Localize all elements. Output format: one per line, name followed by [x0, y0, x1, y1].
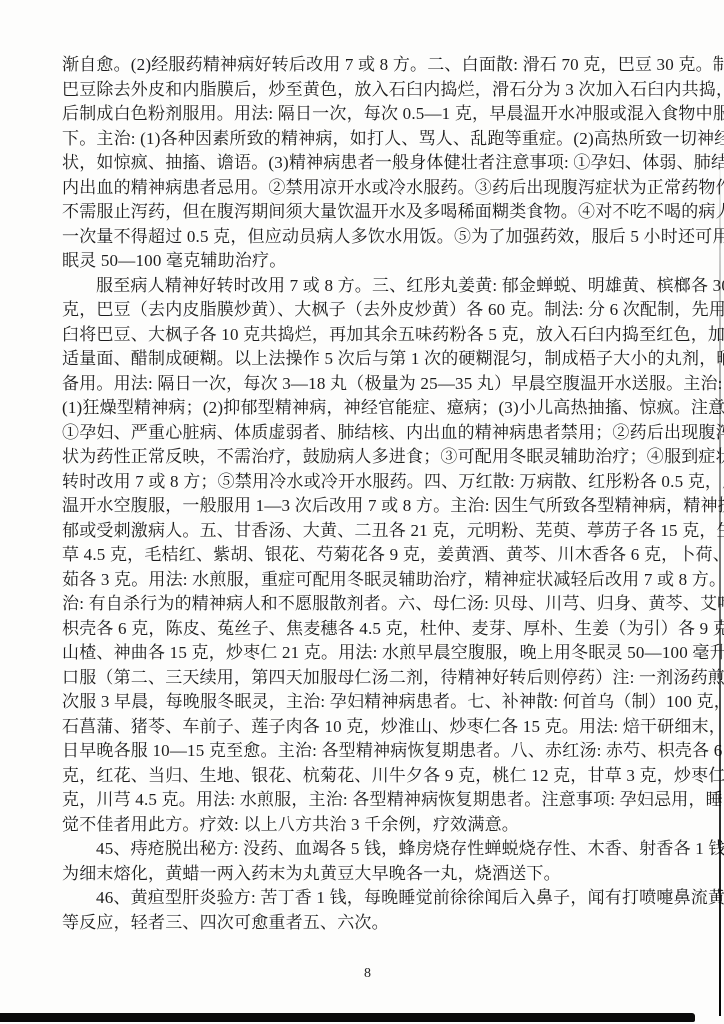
- text-line: 治: 有自杀行为的精神病人和不愿服散剂者。六、母仁汤: 贝母、川芎、归身、黄芩、…: [62, 592, 673, 617]
- text-line: 山楂、神曲各 15 克，炒枣仁 21 克。用法: 水煎早晨空腹服，晚上用冬眠灵 …: [62, 641, 673, 666]
- text-block: 渐自愈。(2)经服药精神病好转后改用 7 或 8 方。二、白面散: 滑石 70 …: [62, 53, 673, 935]
- text-line: 转时改用 7 或 8 方；⑤禁用冷水或冷开水服药。四、万红散: 万病散、红彤粉各…: [62, 470, 673, 495]
- text-line: 等反应，轻者三、四次可愈重者五、六次。: [62, 911, 673, 936]
- text-line: 一次量不得超过 0.5 克，但应动员病人多饮水用饭。⑤为了加强药效，服后 5 小…: [62, 225, 673, 250]
- text-line: 服至病人精神好转时改用 7 或 8 方。三、红彤丸姜黄: 郁金蝉蜕、明雄黄、槟榔…: [62, 274, 673, 299]
- text-line: 温开水空腹服，一般服用 1—3 次后改用 7 或 8 方。主治: 因生气所致各型…: [62, 494, 673, 519]
- text-line: 臼将巴豆、大枫子各 10 克共捣烂，再加其余五味药粉各 5 克，放入石臼内捣至红…: [62, 323, 673, 348]
- text-line: 郁或受刺激病人。五、甘香汤、大黄、二丑各 21 克，元明粉、芜萸、葶苈子各 15…: [62, 519, 673, 544]
- text-line: (1)狂燥型精神病；(2)抑郁型精神病，神经官能症、癔病；(3)小儿高热抽搐、惊…: [62, 396, 673, 421]
- text-line: 渐自愈。(2)经服药精神病好转后改用 7 或 8 方。二、白面散: 滑石 70 …: [62, 53, 673, 78]
- text-line: ①孕妇、严重心脏病、体质虚弱者、肺结核、内出血的精神病患者禁用；②药后出现腹泻症: [62, 421, 673, 446]
- text-line: 内出血的精神病患者忌用。②禁用凉开水或冷水服药。③药后出现腹泻症状为正常药物作用…: [62, 176, 673, 201]
- text-line: 眠灵 50—100 毫克辅助治疗。: [62, 249, 673, 274]
- text-line: 下。主治: (1)各种因素所致的精神病，如打人、骂人、乱跑等重症。(2)高热所致…: [62, 127, 673, 152]
- text-line: 茹各 3 克。用法: 水煎服，重症可配用冬眠灵辅助治疗，精神症状减轻后改用 7 …: [62, 568, 673, 593]
- text-line: 巴豆除去外皮和内脂膜后，炒至黄色，放入石臼内捣烂，滑石分为 3 次加入石臼内共捣…: [62, 78, 673, 103]
- scan-artifact-bottom-bar: [0, 1013, 695, 1022]
- text-line: 不需服止泻药，但在腹泻期间须大量饮温开水及多喝稀面糊类食物。④对不吃不喝的病人，: [62, 200, 673, 225]
- text-line: 日早晚各服 10—15 克至愈。主治: 各型精神病恢复期患者。八、赤红汤: 赤芍…: [62, 739, 673, 764]
- scan-artifact-right-edge-line: [719, 150, 721, 1016]
- text-line: 克，川芎 4.5 克。用法: 水煎服，主治: 各型精神病恢复期患者。注意事项: …: [62, 788, 673, 813]
- text-line: 备用。用法: 隔日一次，每次 3—18 丸（极量为 25—35 丸）早晨空腹温开…: [62, 372, 673, 397]
- text-line: 次服 3 早晨，每晚服冬眠灵，主治: 孕妇精神病患者。七、补神散: 何首乌（制）…: [62, 690, 673, 715]
- text-line: 后制成白色粉剂服用。用法: 隔日一次，每次 0.5—1 克，早晨温开水冲服或混入…: [62, 102, 673, 127]
- page-number: 8: [62, 966, 673, 982]
- text-line: 适量面、醋制成硬糊。以上法操作 5 次后与第 1 次的硬糊混匀，制成梧子大小的丸…: [62, 347, 673, 372]
- text-line: 克，巴豆（去内皮脂膜炒黄）、大枫子（去外皮炒黄）各 60 克。制法: 分 6 次…: [62, 298, 673, 323]
- text-line: 石菖蒲、猪苓、车前子、莲子肉各 10 克，炒淮山、炒枣仁各 15 克。用法: 焙…: [62, 715, 673, 740]
- text-line: 46、黄疸型肝炎验方: 苦丁香 1 钱，每晚睡觉前徐徐闻后入鼻子，闻有打喷嚏鼻流…: [62, 886, 673, 911]
- text-line: 口服（第二、三天续用，第四天加服母仁汤二剂，待精神好转后则停药）注: 一剂汤药煎…: [62, 666, 673, 691]
- text-line: 状为药性正常反映，不需治疗，鼓励病人多进食；③可配用冬眠灵辅助治疗；④服到症状好: [62, 445, 673, 470]
- text-line: 草 4.5 克，毛桔红、紫胡、银花、芍菊花各 9 克，姜黄酒、黄芩、川木香各 6…: [62, 543, 673, 568]
- text-line: 45、痔疮脱出秘方: 没药、血竭各 5 钱，蜂房烧存性蝉蜕烧存性、木香、射香各 …: [62, 837, 673, 862]
- text-line: 觉不佳者用此方。疗效: 以上八方共治 3 千余例，疗效满意。: [62, 813, 673, 838]
- text-line: 为细末熔化，黄蜡一两入药末为丸黄豆大早晚各一丸，烧酒送下。: [62, 862, 673, 887]
- scanned-document-page: 渐自愈。(2)经服药精神病好转后改用 7 或 8 方。二、白面散: 滑石 70 …: [0, 0, 724, 1024]
- text-line: 枳壳各 6 克，陈皮、菟丝子、焦麦穗各 4.5 克，杜仲、麦芽、厚朴、生姜（为引…: [62, 617, 673, 642]
- text-line: 状，如惊疯、抽搐、谵语。(3)精神病患者一般身体健壮者注意事项: ①孕妇、体弱、…: [62, 151, 673, 176]
- text-line: 克，红花、当归、生地、银花、杭菊花、川牛夕各 9 克，桃仁 12 克，甘草 3 …: [62, 764, 673, 789]
